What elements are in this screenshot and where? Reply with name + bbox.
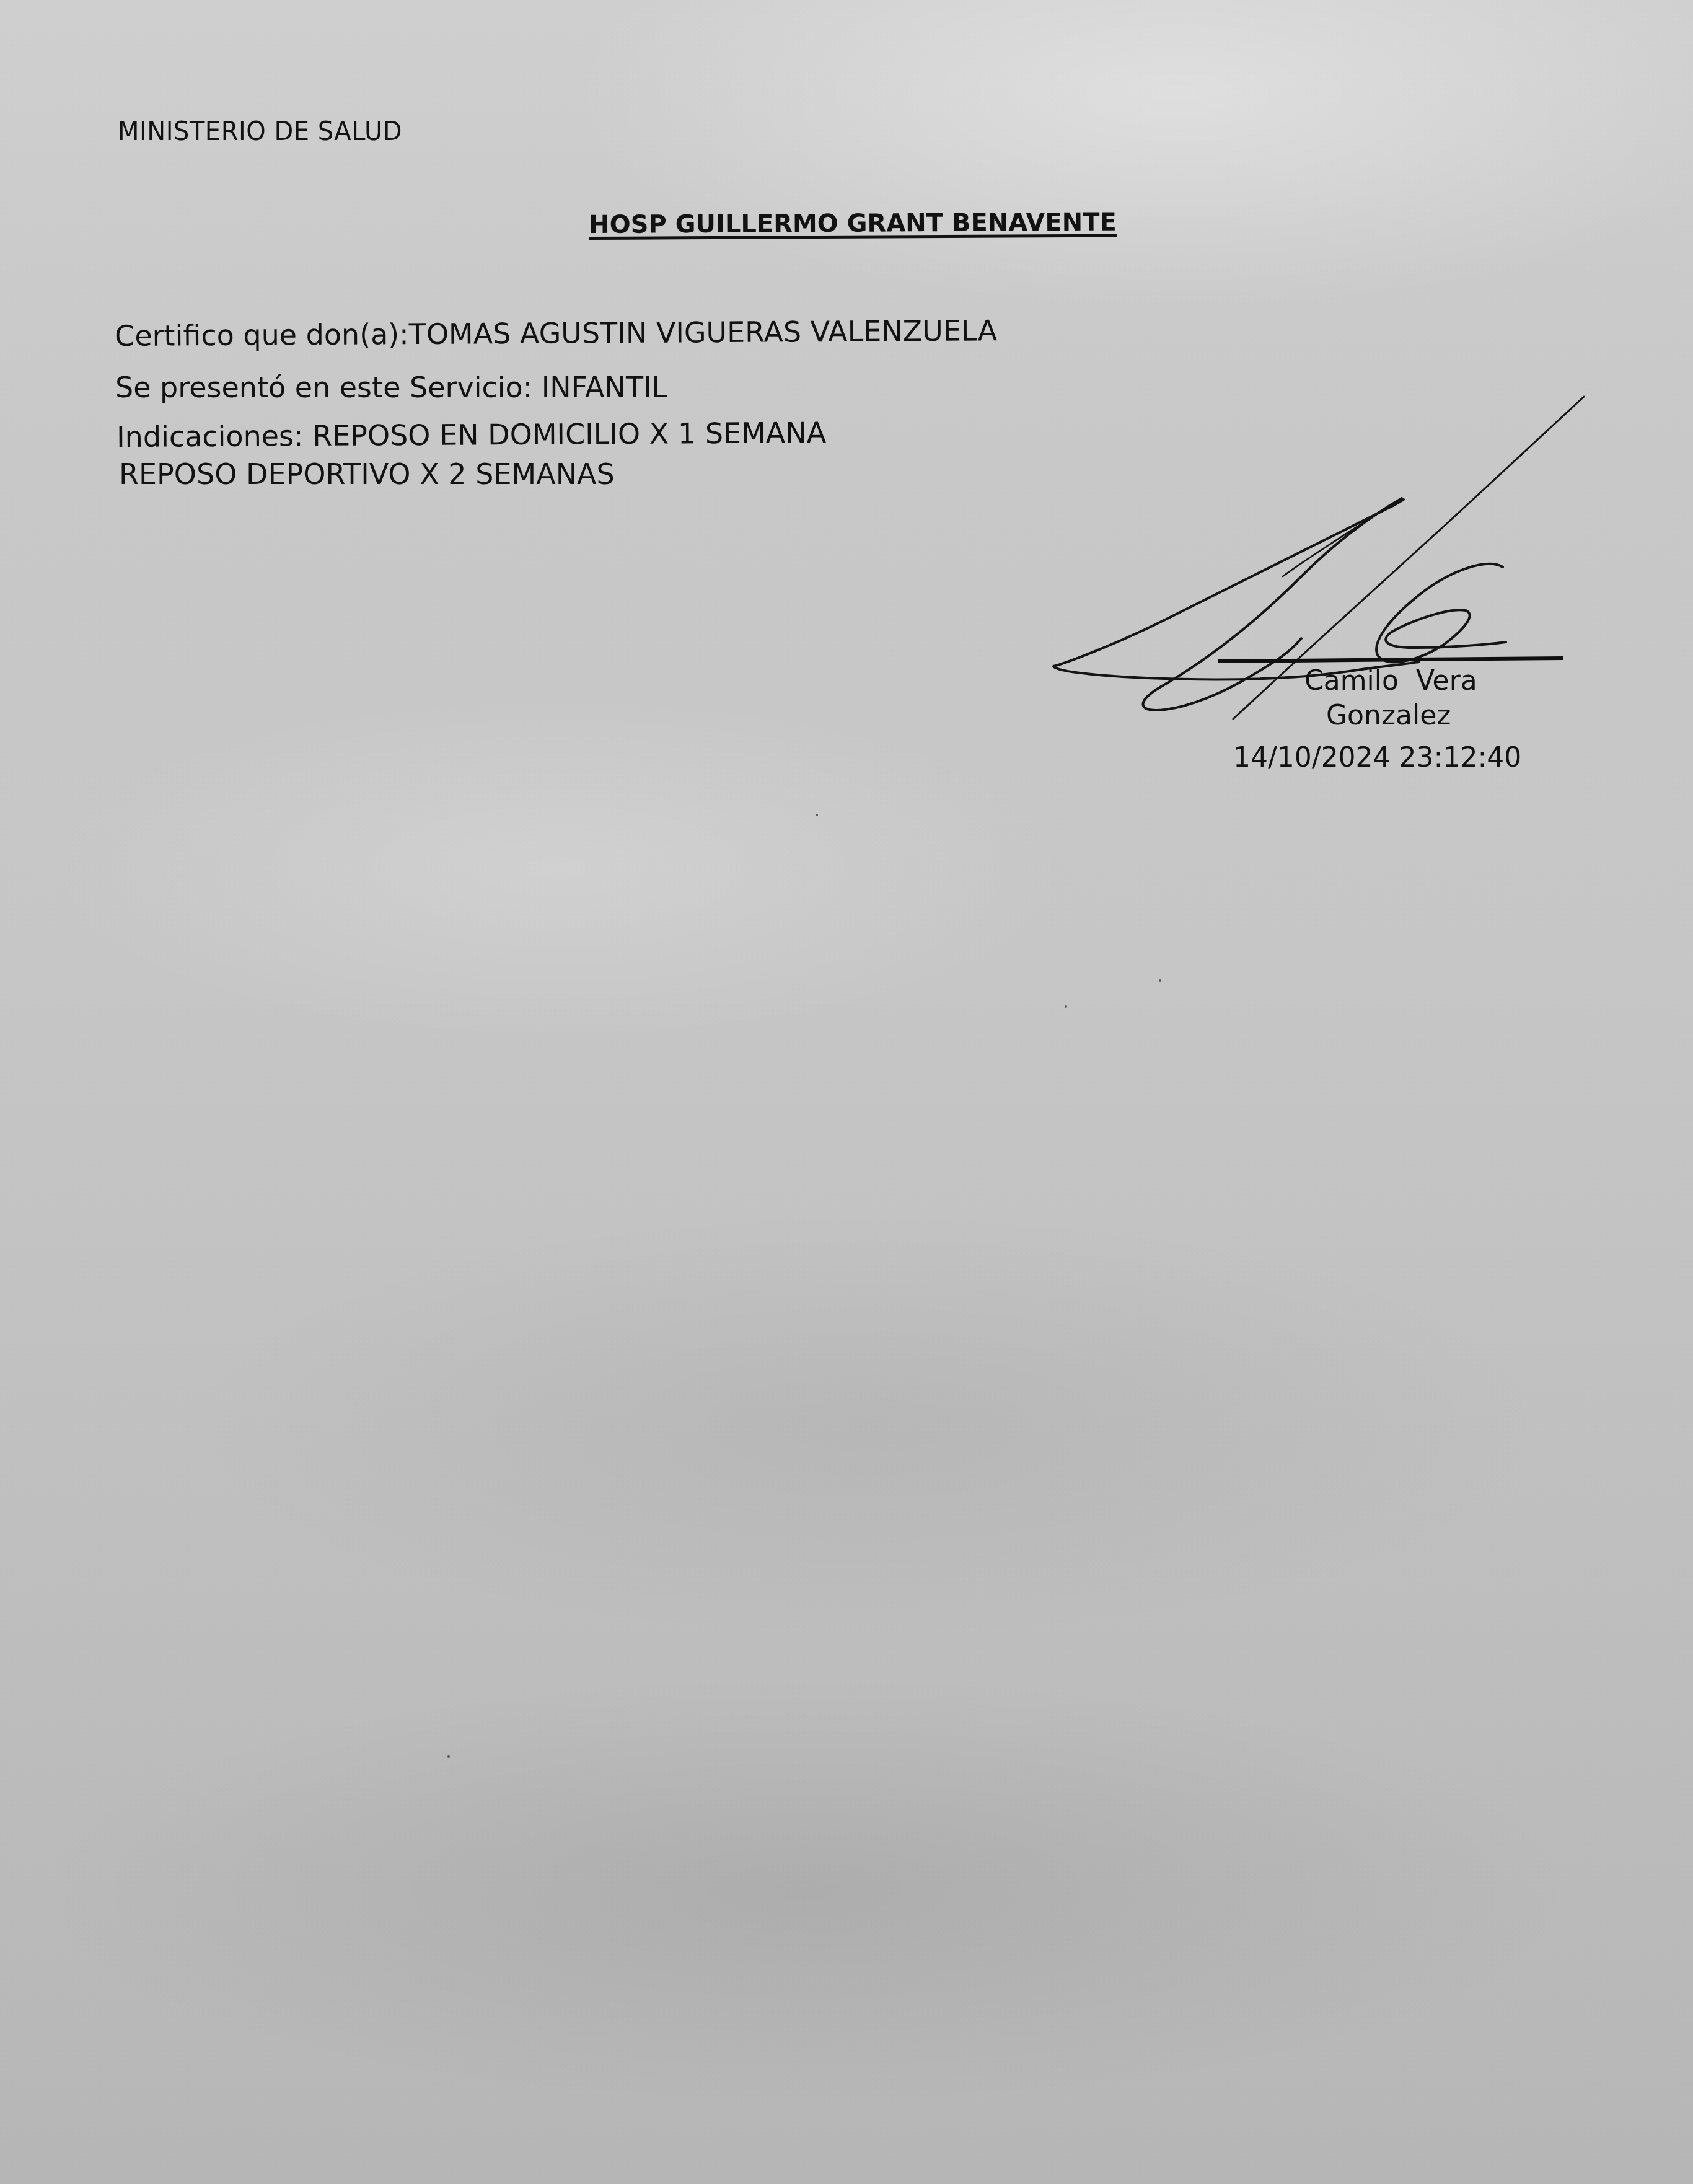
- signer-surname: Gonzalez: [1326, 700, 1451, 731]
- paper-speck: [447, 1755, 450, 1758]
- paper-speck: [1065, 1005, 1067, 1008]
- hospital-title: HOSP GUILLERMO GRANT BENAVENTE: [589, 208, 1117, 239]
- certificate-page: MINISTERIO DE SALUD HOSP GUILLERMO GRANT…: [0, 0, 1693, 2184]
- signer-name: Camilo Vera: [1304, 665, 1477, 697]
- signature-line: [1218, 658, 1563, 661]
- indications-line-2: REPOSO DEPORTIVO X 2 SEMANAS: [119, 457, 615, 491]
- certification-line: Certifico que don(a):TOMAS AGUSTIN VIGUE…: [115, 314, 997, 353]
- indications-line: Indicaciones: REPOSO EN DOMICILIO X 1 SE…: [117, 416, 826, 454]
- signature-datetime: 14/10/2024 23:12:40: [1233, 742, 1521, 773]
- ministry-header: MINISTERIO DE SALUD: [118, 117, 402, 146]
- paper-speck: [816, 814, 818, 816]
- service-line: Se presentó en este Servicio: INFANTIL: [115, 371, 667, 404]
- paper-speck: [1159, 979, 1161, 982]
